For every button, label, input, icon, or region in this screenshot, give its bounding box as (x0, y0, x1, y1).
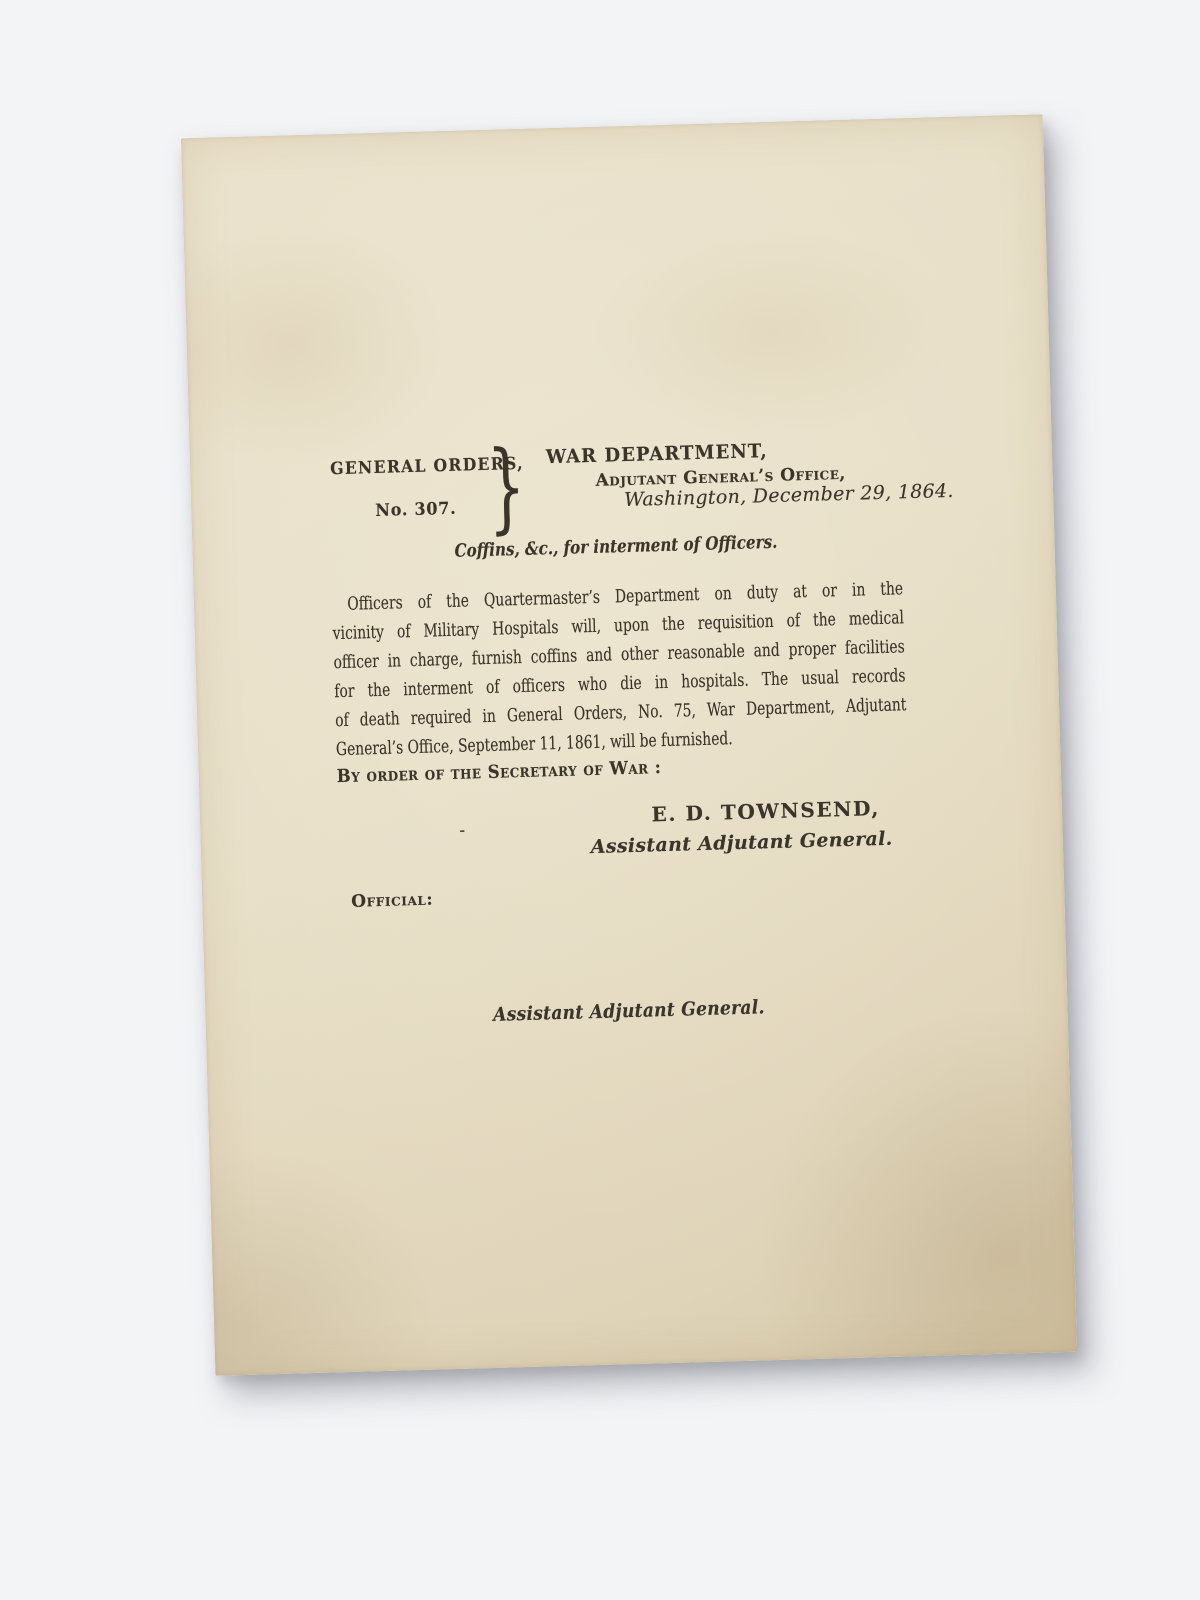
order-body-paragraph: Officers of the Quartermaster’s Departme… (332, 574, 908, 764)
order-number: No. 307. (375, 499, 457, 521)
official-label: Official: (351, 890, 434, 912)
attestation-line: Assistant Adjutant General. (372, 993, 886, 1029)
print-artifact-dash: - (459, 821, 465, 841)
signature-title: Assistant Adjutant General. (591, 828, 891, 858)
subject-line: Coffins, &c., for interment of Officers. (376, 530, 856, 564)
header-brace: } (487, 451, 526, 524)
signature-name: E. D. TOWNSEND, (600, 796, 881, 828)
document-page: GENERAL ORDERS, No. 307. } WAR DEPARTMEN… (181, 114, 1077, 1376)
photo-background: GENERAL ORDERS, No. 307. } WAR DEPARTMEN… (0, 0, 1200, 1600)
war-department-line: WAR DEPARTMENT, (546, 440, 768, 468)
